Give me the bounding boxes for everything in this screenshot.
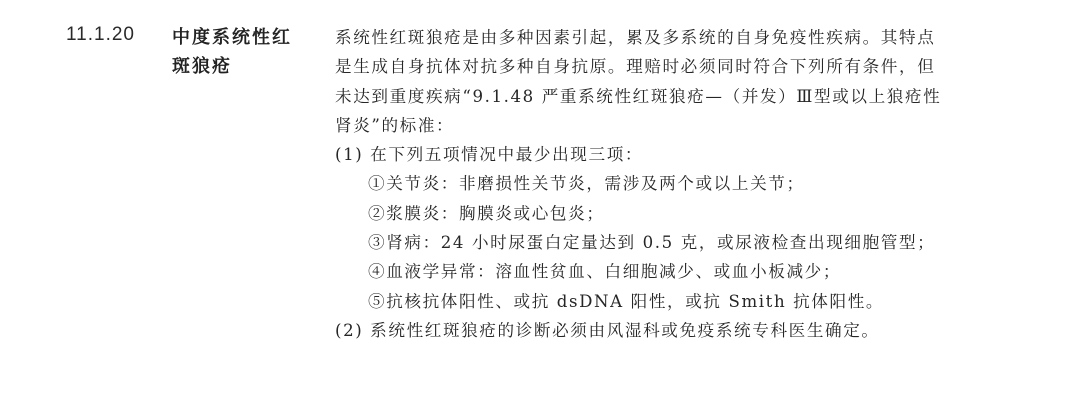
condition-item: ②浆膜炎：胸膜炎或心包炎； — [335, 199, 1047, 228]
definition-line: 是生成自身抗体对抗多种自身抗原。理赔时必须同时符合下列所有条件，但 — [335, 52, 1047, 81]
condition-item: ①关节炎：非磨损性关节炎，需涉及两个或以上关节； — [335, 169, 1047, 198]
definition-line: 未达到重度疾病“9.1.48 严重系统性红斑狼疮—（并发）Ⅲ型或以上狼疮性 — [335, 82, 1047, 111]
clause-body: 系统性红斑狼疮是由多种因素引起，累及多系统的自身免疫性疾病。其特点 是生成自身抗… — [335, 23, 1047, 345]
condition-item: ④血液学异常：溶血性贫血、白细胞减少、或血小板减少； — [335, 257, 1047, 286]
condition-item: ③肾病：24 小时尿蛋白定量达到 0.5 克，或尿液检查出现细胞管型； — [335, 228, 1047, 257]
condition-1-label: (1) 在下列五项情况中最少出现三项： — [335, 140, 1047, 169]
clause-title-line-1: 中度系统性红 — [172, 23, 322, 52]
definition-line: 系统性红斑狼疮是由多种因素引起，累及多系统的自身免疫性疾病。其特点 — [335, 23, 1047, 52]
definition-line: 肾炎”的标准： — [335, 111, 1047, 140]
condition-2-label: (2) 系统性红斑狼疮的诊断必须由风湿科或免疫系统专科医生确定。 — [335, 316, 1047, 345]
clause-title: 中度系统性红 斑狼疮 — [172, 23, 322, 81]
clause-number: 11.1.20 — [66, 24, 135, 46]
clause-title-line-2: 斑狼疮 — [172, 52, 322, 81]
condition-item: ⑤抗核抗体阳性、或抗 dsDNA 阳性，或抗 Smith 抗体阳性。 — [335, 287, 1047, 316]
